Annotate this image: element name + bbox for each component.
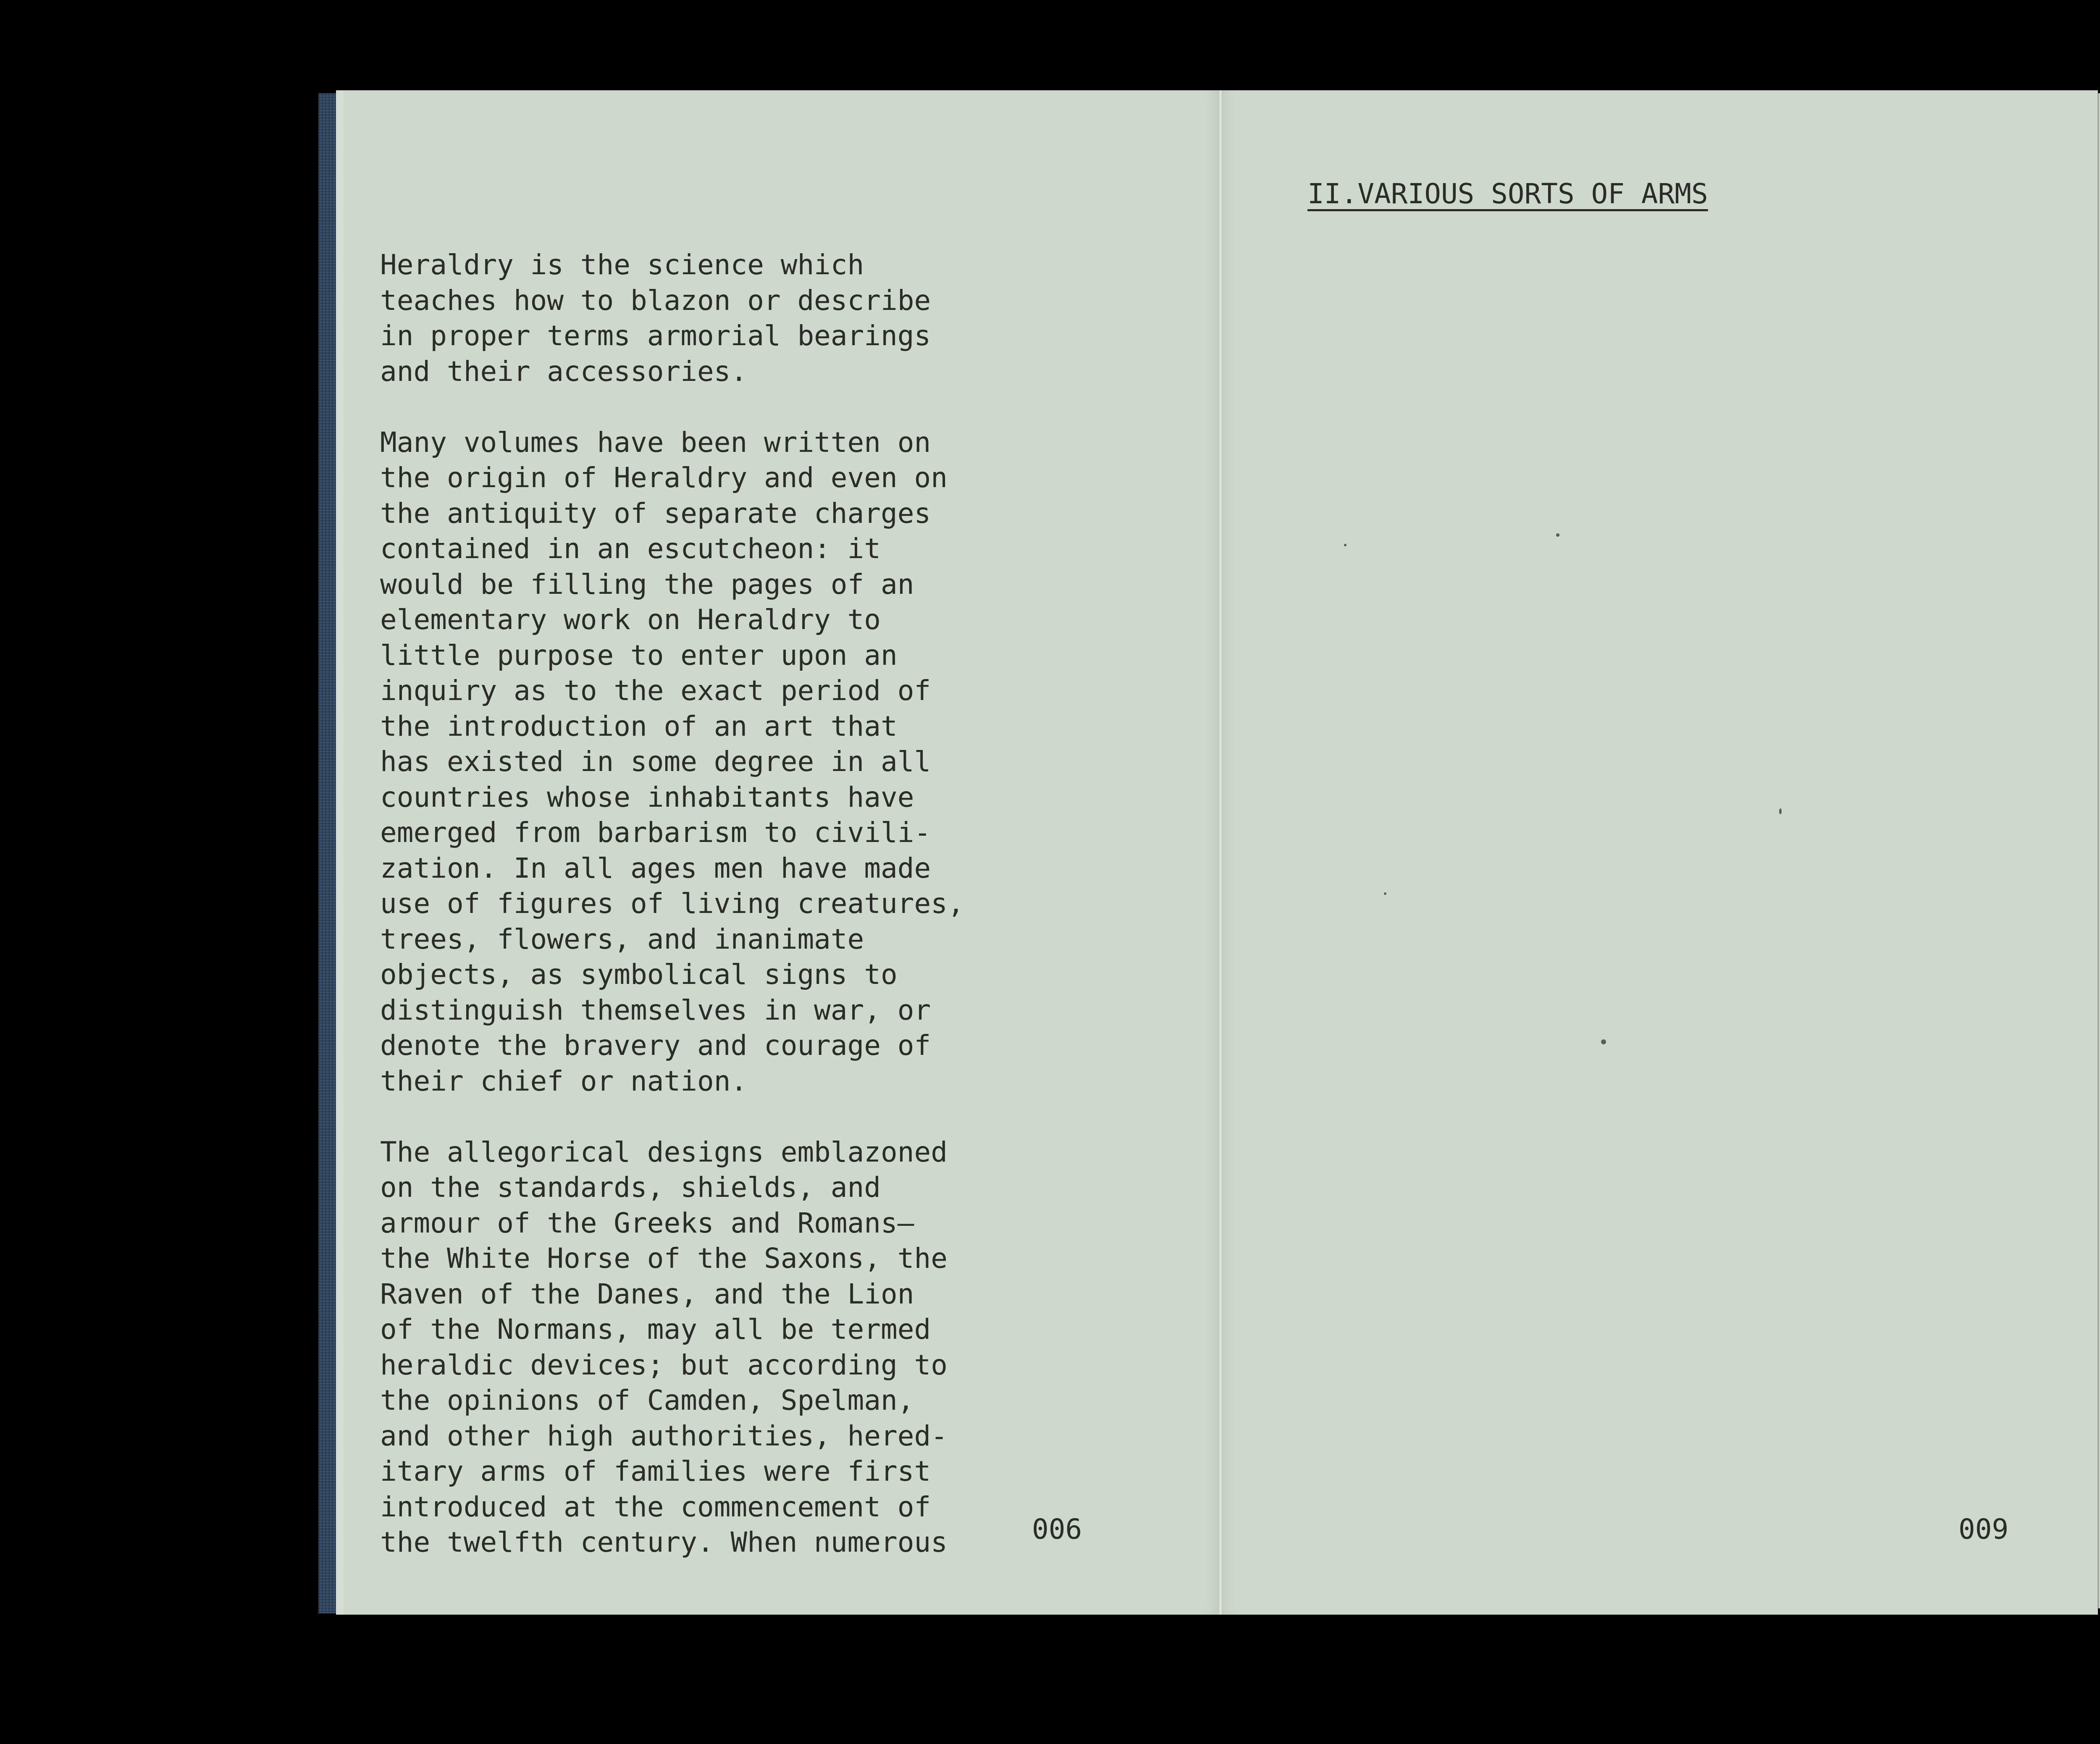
paper-speck xyxy=(1384,892,1386,895)
text-line: their chief or nation. xyxy=(380,1065,747,1097)
text-line: trees, flowers, and inanimate xyxy=(380,923,864,955)
text-line: Heraldry is the science which xyxy=(380,249,864,281)
paper-speck xyxy=(1556,533,1559,537)
text-line: Raven of the Danes, and the Lion xyxy=(380,1278,914,1310)
text-line: contained in an escutcheon: it xyxy=(380,532,881,565)
text-line: elementary work on Heraldry to xyxy=(380,603,881,636)
text-line: in proper terms armorial bearings xyxy=(380,320,931,352)
left-page-body-text: Heraldry is the science which teaches ho… xyxy=(380,176,1060,1631)
text-line: emerged from barbarism to civili- xyxy=(380,816,931,849)
text-line: armour of the Greeks and Romans— xyxy=(380,1207,914,1239)
right-page xyxy=(1220,90,2098,1615)
text-line: on the standards, shields, and xyxy=(380,1171,881,1204)
paragraph-1: Heraldry is the science which teaches ho… xyxy=(380,247,1060,389)
text-line: heraldic devices; but according to xyxy=(380,1349,948,1381)
text-line: and other high authorities, hered- xyxy=(380,1420,948,1452)
text-line: the introduction of an art that xyxy=(380,710,898,742)
text-line: countries whose inhabitants have xyxy=(380,781,914,813)
text-line: inquiry as to the exact period of xyxy=(380,674,931,707)
page-number-right: 009 xyxy=(1958,1512,2008,1547)
paper-speck xyxy=(1344,544,1347,546)
text-line: the twelfth century. When numerous xyxy=(380,1526,948,1558)
text-line: distinguish themselves in war, or xyxy=(380,994,931,1026)
text-line: the opinions of Camden, Spelman, xyxy=(380,1384,914,1416)
text-line: teaches how to blazon or describe xyxy=(380,284,931,317)
paper-speck xyxy=(1601,1039,1606,1044)
text-line: introduced at the commencement of xyxy=(380,1491,931,1523)
text-line: zation. In all ages men have made xyxy=(380,852,931,884)
paragraph-2: Many volumes have been written on the or… xyxy=(380,425,1060,1099)
paragraph-3: The allegorical designs emblazoned on th… xyxy=(380,1135,1060,1560)
text-line: the origin of Heraldry and even on xyxy=(380,462,948,494)
text-line: has existed in some degree in all xyxy=(380,745,931,778)
text-line: the antiquity of separate charges xyxy=(380,497,931,530)
gutter-fold xyxy=(1218,90,1222,1615)
text-line: Many volumes have been written on xyxy=(380,426,931,459)
text-line: and their accessories. xyxy=(380,355,747,388)
text-line: The allegorical designs emblazoned xyxy=(380,1136,948,1168)
text-line: of the Normans, may all be termed xyxy=(380,1313,931,1345)
text-line: objects, as symbolical signs to xyxy=(380,958,898,991)
text-line: little purpose to enter upon an xyxy=(380,639,898,671)
paper-speck xyxy=(1779,808,1782,814)
text-line: would be filling the pages of an xyxy=(380,568,914,601)
text-line: itary arms of families were first xyxy=(380,1455,931,1487)
text-line: the White Horse of the Saxons, the xyxy=(380,1242,948,1275)
book-spine-cloth xyxy=(318,93,336,1613)
chapter-heading: II.VARIOUS SORTS OF ARMS xyxy=(1307,176,1708,212)
text-line: use of figures of living creatures, xyxy=(380,887,964,920)
text-line: denote the bravery and courage of xyxy=(380,1029,931,1062)
page-number-left: 006 xyxy=(1032,1512,1082,1547)
